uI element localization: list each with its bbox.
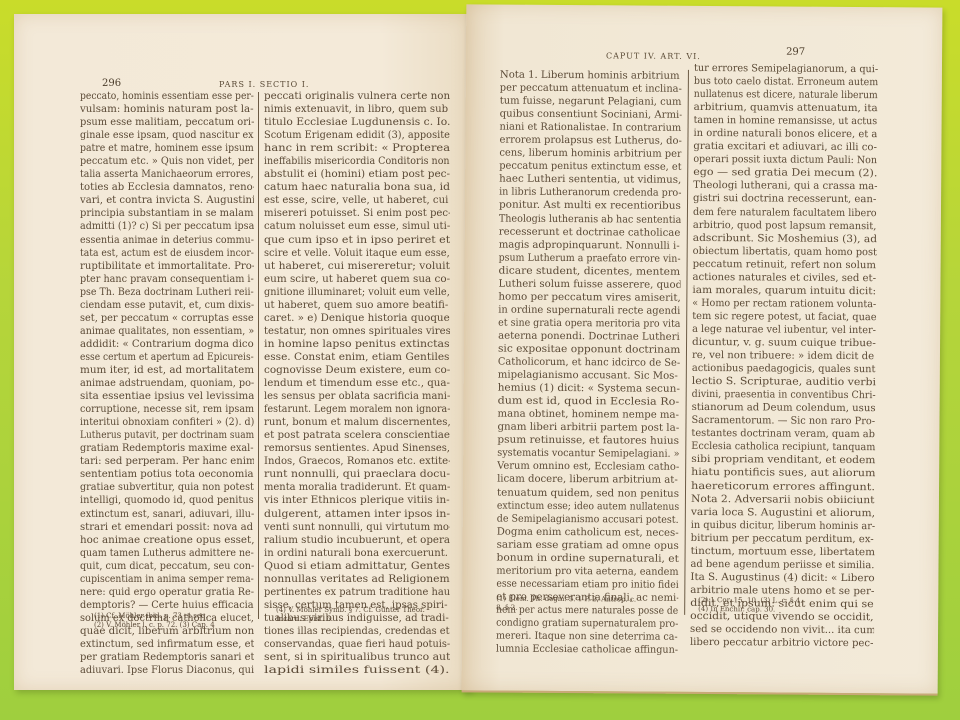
- text-line: sententiam potius tota oeconomia: [80, 468, 254, 481]
- text-line: tari: sed perperam. Per hanc enim: [80, 455, 254, 468]
- text-line: peccatum retinuit, refert non solum: [693, 258, 877, 272]
- text-line: homo per peccatum vires amiserit,: [498, 290, 680, 304]
- text-line: per gratiam Redemptoris sanari et: [80, 651, 254, 664]
- text-line: ut haberet, quem suo amore beatifi-: [264, 299, 450, 312]
- text-line: bus toto caelo distat. Erroneum autem: [694, 75, 878, 89]
- text-line: catum haec naturalia bona sua, id: [264, 181, 450, 194]
- text-line: ginale esse ipsam, quod nascitur ex: [80, 129, 254, 142]
- text-line: set, per peccatum « corruptas esse: [80, 312, 254, 325]
- text-line: esse necessariam etiam pro initio fidei: [496, 577, 678, 591]
- text-line: per peccatum attenuatum et inclina-: [500, 82, 682, 96]
- text-line: mereri. Itaque non sine deterrima ca-: [496, 630, 678, 644]
- text-line: titulo Ecclesiae Lugdunensis c. Io.: [264, 116, 450, 129]
- text-line: tiones illas recipiendas, credendas et: [264, 625, 450, 638]
- text-line: venti sunt nonnulli, qui virtutum mo-: [264, 521, 450, 534]
- text-line: (1) Cf. Möhler ibid. p. 73 et seq.: [94, 612, 215, 621]
- text-line: menta moralia tradiderunt. Et quam-: [264, 481, 450, 494]
- text-line: eum scire, ut haberet quem sua co-: [264, 273, 450, 286]
- text-line: sic expositae opponunt doctrinam: [498, 343, 680, 357]
- text-line: re, vel non tribuere: » idem dicit de: [692, 349, 876, 363]
- text-line: lectio S. Scripturae, auditio verbi: [692, 375, 876, 389]
- column-divider: [258, 92, 259, 619]
- text-line: quibus consentiunt Sociniani, Armi-: [500, 108, 682, 122]
- text-line: hoc animae creatione opus esset,: [80, 534, 254, 547]
- text-line: hiatu pontificis sues, aut aliorum: [691, 466, 875, 480]
- text-line: Quod si etiam admittatur, Gentes: [264, 560, 450, 573]
- text-line: vari, et contra invicta S. Augustini: [80, 194, 254, 207]
- text-line: nimis extenuavit, in libro, quem sub: [264, 103, 450, 116]
- text-line: de Semipelagianismo accusari potest.: [497, 512, 679, 526]
- text-line: haereticorum errores affingunt.: [691, 479, 875, 493]
- text-line: meritorium pro vita aeterna, eandem: [496, 564, 678, 578]
- footnotes-column-1: (1) Cf. Möhler ibid. p. 73 et seq.(2) V.…: [94, 612, 215, 630]
- text-line: cognovisse Deum existere, eum co-: [264, 364, 450, 377]
- text-column-1: Nota 1. Liberum hominis arbitriumper pec…: [496, 69, 682, 657]
- text-line: niani et Rationalistae. In contrarium: [500, 121, 682, 135]
- text-column-2: peccati originalis vulnera certe nonnimi…: [264, 90, 450, 677]
- text-line: ego — sed gratia Dei mecum (2).: [693, 166, 877, 180]
- text-line: psum retinuisse, et fautores huius: [497, 434, 679, 448]
- text-line: varia loca S. Augustini et aliorum,: [691, 506, 875, 520]
- text-line: actiones naturales et civiles, sed et-: [692, 271, 876, 285]
- text-line: Catholicorum, et hanc idcirco de Se-: [498, 356, 680, 370]
- text-line: mipelagianismo accusant. Sic Mos-: [498, 369, 680, 383]
- text-line: errorem prolapsus est Lutherus, do-: [499, 134, 681, 148]
- text-line: talia asserta Manichaeorum errores,: [80, 168, 254, 181]
- text-line: principia substantiam in se malam: [80, 207, 254, 220]
- text-line: toties ab Ecclesia damnatos, reno-: [80, 181, 254, 194]
- text-line: les sensus per oblata sacrificia mani-: [264, 390, 450, 403]
- text-line: patre et matre, hominem esse ipsum: [80, 142, 254, 155]
- text-line: mum iter, id est, ad mortalitatem: [80, 364, 254, 377]
- text-line: (4) In Enchir. cap. 30.: [698, 605, 802, 615]
- text-line: Indos, Graecos, Romanos etc. extite-: [264, 455, 450, 468]
- text-line: que cum ipso et in ipso periret et: [264, 234, 450, 247]
- text-line: animae adstruendam, quoniam, po-: [80, 377, 254, 390]
- footnotes-column-2: (2) 1 Cor. 15, 10. (3) L. c. § 4.(4) In …: [698, 596, 802, 615]
- text-line: libero peccatur arbitrio victore pec-: [690, 636, 874, 650]
- text-line: Ita S. Augustinus (4) dicit: « Libero: [690, 571, 874, 585]
- text-line: tur errores Semipelagianorum, a qui-: [694, 62, 878, 76]
- text-line: in libris Lutheranorum credenda pro-: [499, 186, 681, 200]
- text-line: tum fuisse, negarunt Pelagiani, cum: [500, 95, 682, 109]
- text-line: sita essentiae ipsius vel levissima: [80, 390, 254, 403]
- text-line: Verum omnino est, Ecclesiam catho-: [497, 460, 679, 474]
- text-line: a lege naturae vel iubentur, vel inter-: [692, 323, 876, 337]
- text-line: gratiam Redemptoris maxime exal-: [80, 442, 254, 455]
- text-line: catum noluisset eum esse, simul uti-: [264, 220, 450, 233]
- text-line: in ordine supernaturali recte agendi: [498, 303, 680, 317]
- text-column-2: tur errores Semipelagianorum, a qui-bus …: [690, 62, 878, 650]
- text-line: tem sic regere potest, ut faciat, quae: [692, 310, 876, 324]
- running-head: CAPUT IV. ART. VI.: [606, 51, 701, 61]
- text-line: hanc in rem scribit: « Propterea: [264, 142, 450, 155]
- text-line: ineffabilis misericordia Conditoris non: [264, 155, 450, 168]
- text-line: iam morales, quarum intuitu dicit:: [692, 284, 876, 298]
- text-line: (4) V. Möhler Symb. § 7. Cf. Günter Theo…: [276, 606, 425, 615]
- column-divider: [684, 70, 689, 615]
- text-line: peccati originalis vulnera certe non: [264, 90, 450, 103]
- text-line: recesserunt et doctrinae catholicae: [499, 225, 681, 239]
- text-line: (2) V. Möhler l. c. p. 72. (3) Cap. 4: [94, 621, 215, 630]
- text-line: quam tamen Lutherus admittere ne-: [80, 547, 254, 560]
- text-line: dum est id, quod in Ecclesia Ro-: [498, 395, 680, 409]
- text-line: obiectum libertatis, quam homo post: [693, 245, 877, 259]
- text-line: caret. » e) Denique historia quoque: [264, 312, 450, 325]
- text-line: nullatenus est dicere, naturale liberum: [694, 88, 878, 102]
- text-line: arbitrium, quamvis attenuatum, ita: [694, 101, 878, 115]
- text-line: lendum et timendum esse etc., qua-: [264, 377, 450, 390]
- text-line: licam docere, liberum arbitrium at-: [497, 473, 679, 487]
- text-line: Scotum Erigenam edidit (3), apposite: [264, 129, 450, 142]
- text-line: 8, § 2.: [496, 604, 636, 614]
- text-line: Ecclesia catholica recipiunt, tanquam: [691, 440, 875, 454]
- text-line: nere: quid ergo operatur gratia Re-: [80, 586, 254, 599]
- text-line: gnam liberi arbitrii partem post la-: [497, 421, 679, 435]
- text-line: ad bene agendum periisse et similia.: [690, 558, 874, 572]
- text-line: Nota 1. Liberum hominis arbitrium: [500, 69, 682, 83]
- running-head: PARS I. SECTIO I.: [219, 80, 309, 89]
- text-line: et post patrata scelera conscientiae: [264, 429, 450, 442]
- text-line: psum Lutherum a praefato errore vin-: [499, 251, 681, 265]
- left-page: 296 PARS I. SECTIO I. peccato, hominis e…: [14, 14, 471, 690]
- text-line: magis adpropinquarunt. Nonnulli i-: [499, 238, 681, 252]
- text-line: arbitrio, quod post lapsum remansit,: [693, 218, 877, 232]
- text-line: dulgerent, attamen inter ipsos in-: [264, 508, 450, 521]
- text-line: peccatum penitus extinctum esse, et: [499, 160, 681, 174]
- text-line: tinctum, mortuum esse, libertatem: [691, 545, 875, 559]
- text-line: dem fere naturalem facultatem libero: [693, 205, 877, 219]
- text-line: sed se occidendo non vivit... ita cum: [690, 623, 874, 637]
- text-line: Lutherus putavit, per doctrinam suam: [80, 429, 254, 442]
- text-line: bitrium per peccatum perditum, ex-: [691, 532, 875, 546]
- text-line: Incarn. Epist. 6.: [276, 615, 425, 624]
- text-line: cupiscentiam in anima semper rema-: [80, 573, 254, 586]
- text-line: pse Th. Beza doctrinam Lutheri reii-: [80, 286, 254, 299]
- text-line: cens, liberum hominis arbitrium per: [499, 147, 681, 161]
- text-line: tata est, actum est de eiusdem incor-: [80, 247, 254, 260]
- text-line: Nota 2. Adversarii nobis obiiciunt: [691, 492, 875, 506]
- text-line: aeterna ponendi. Doctrinae Lutheri: [498, 330, 680, 344]
- text-line: peccatum etc. » Quis non videt, per: [80, 155, 254, 168]
- text-line: sariam esse gratiam ad omne opus: [497, 538, 679, 552]
- text-line: in quibus dicitur, liberum hominis ar-: [691, 519, 875, 533]
- text-line: psum esse malitiam, peccatum ori-: [80, 116, 254, 129]
- text-line: stianorum ad Deum colendum, usus: [692, 401, 876, 415]
- text-line: condigno gratiam supernaturalem pro-: [496, 617, 678, 631]
- text-line: gistri sui doctrina recesserunt, ean-: [693, 192, 877, 206]
- text-line: abstulit ei (homini) etiam post pec-: [264, 168, 450, 181]
- text-line: sibi propriam venditant, et eodem: [691, 453, 875, 467]
- text-line: runt nonnulli, qui praeclara docu-: [264, 468, 450, 481]
- text-line: ut haberet, cui misereretur; voluit: [264, 260, 450, 273]
- text-line: interitui obnoxiam confiteri » (2). d): [80, 416, 254, 429]
- text-line: Sacramentorum. — Sic non raro Pro-: [691, 414, 875, 428]
- text-line: extinctum esse; ideo autem nullatenus: [497, 499, 679, 513]
- text-line: strari et emendari possit: nova ad: [80, 521, 254, 534]
- text-line: remorsus sentientes. Apud Sinenses,: [264, 442, 450, 455]
- text-line: esse certum et apertum ad Epicureis-: [80, 351, 254, 364]
- text-line: demptoris? — Certe huius efficacia: [80, 599, 254, 612]
- text-line: dicare student, dicentes, mentem: [499, 264, 681, 278]
- text-line: ponitur. Ast multi ex recentioribus: [499, 199, 681, 213]
- text-line: adiuvari. Ipse Florus Diaconus, qui: [80, 664, 254, 677]
- text-line: corruptione, necesse sit, rem ipsam: [80, 403, 254, 416]
- text-line: ciendam esse putavit, et, cum dixis-: [80, 299, 254, 312]
- text-line: ruptibilitate et immortalitate. Pro-: [80, 260, 254, 273]
- text-line: tamen in homine remansisse, ut actus: [694, 114, 878, 128]
- text-line: gratia excitari et adiuvari, ac illi co-: [693, 140, 877, 154]
- text-line: extinctum est, sanari, adiuvari, illu-: [80, 508, 254, 521]
- text-line: pter hanc pravam consequentiam i-: [80, 273, 254, 286]
- text-line: admitti (1)? c) Si per peccatum ipsa: [80, 220, 254, 233]
- text-line: essentia animae in deterius commu-: [80, 234, 254, 247]
- text-line: vulsam: hominis naturam post la-: [80, 103, 254, 116]
- text-line: lumnia Ecclesiae catholicae affingun-: [496, 643, 678, 657]
- text-line: festarunt. Legem moralem non ignora-: [264, 403, 450, 416]
- text-line: in ordini naturali bona exercuerunt.: [264, 547, 450, 560]
- text-line: esse. Constat enim, etiam Gentiles: [264, 351, 450, 364]
- text-line: tenuatum quidem, sed non penitus: [497, 486, 679, 500]
- text-line: et sine gratia opera meritoria pro vita: [498, 316, 680, 330]
- text-line: animae qualitates, non essentiam, »: [80, 325, 254, 338]
- text-line: gratiae subvertitur, quia non potest: [80, 481, 254, 494]
- text-column-1: peccato, hominis essentiam esse per-vuls…: [80, 90, 254, 677]
- text-line: divini, praesentia in conventibus Chri-: [692, 388, 876, 402]
- text-line: haec Lutheri sententia, ut vidimus,: [499, 173, 681, 187]
- text-line: Theologi lutherani, qui a crassa ma-: [693, 179, 877, 193]
- text-line: runt, bonum et malum discernentes,: [264, 416, 450, 429]
- text-line: testatur, non omnes spirituales vires: [264, 325, 450, 338]
- page-number: 296: [102, 78, 121, 89]
- right-page: CAPUT IV. ART. VI. 297 Nota 1. Liberum h…: [462, 4, 943, 695]
- footnotes-column-2: (4) V. Möhler Symb. § 7. Cf. Günter Theo…: [276, 606, 425, 624]
- text-line: conservandas, quae fieri haud potuis-: [264, 638, 450, 651]
- footnotes-column-1: (1) Elem. Th. dogm. 5. 1 P. 2, Antrop. c…: [496, 595, 636, 614]
- text-line: extinctum, sed infirmatum esse, et: [80, 638, 254, 651]
- text-line: actionibus paedagogicis, quales sunt: [692, 362, 876, 376]
- text-line: « Homo per rectam rationem volunta-: [692, 297, 876, 311]
- text-line: scire et velle. Voluit itaque eum esse,: [264, 247, 450, 260]
- text-line: peccato, hominis essentiam esse per-: [80, 90, 254, 103]
- text-line: pertinentes ex patrum traditione hau: [264, 586, 450, 599]
- text-line: testantes doctrinam veram, quam ab: [691, 427, 875, 441]
- text-line: bonum in ordine supernaturali, et: [496, 551, 678, 565]
- text-line: systematis vocantur Semipelagiani. »: [497, 447, 679, 461]
- text-line: addidit: « Contrarium dogma dico: [80, 338, 254, 351]
- text-line: operari possit iuxta dictum Pauli: Non: [693, 153, 877, 167]
- text-line: mana obtinet, hominem nempe ma-: [498, 408, 680, 422]
- text-line: in homine lapso penitus extinctas: [264, 338, 450, 351]
- text-line: misereri potuisset. Si enim post pec-: [264, 207, 450, 220]
- text-line: in ordine naturali bonos elicere, et a: [693, 127, 877, 141]
- text-line: intelligi, quomodo id, quod penitus: [80, 494, 254, 507]
- text-line: nonnullas veritates ad Religionem: [264, 573, 450, 586]
- text-line: adscribunt. Sic Moshemius (3), ad: [693, 232, 877, 246]
- text-line: vis inter Ethnicos plerique vitiis in-: [264, 494, 450, 507]
- text-line: sent, si in spiritualibus trunco aut: [264, 651, 450, 664]
- text-line: gnitione illuminaret; voluit eum velle,: [264, 286, 450, 299]
- text-line: est esse, scire, velle, ut haberet, cui: [264, 194, 450, 207]
- text-line: quit, cum dicat, peccatum, seu con-: [80, 560, 254, 573]
- page-number: 297: [786, 47, 805, 58]
- text-line: lapidi similes fuissent (4).: [264, 664, 450, 677]
- text-line: Dogma enim catholicum est, neces-: [497, 525, 679, 539]
- text-line: Theologis lutheranis ab hac sententia: [499, 212, 681, 226]
- text-line: Lutheri solum fuisse asserere, quod: [498, 277, 680, 291]
- text-line: hemius (1) dicit: « Systema secun-: [498, 382, 680, 396]
- text-line: ralium studio incubuerunt, et opera: [264, 534, 450, 547]
- text-line: dicuntur, v. g. suum cuique tribue-: [692, 336, 876, 350]
